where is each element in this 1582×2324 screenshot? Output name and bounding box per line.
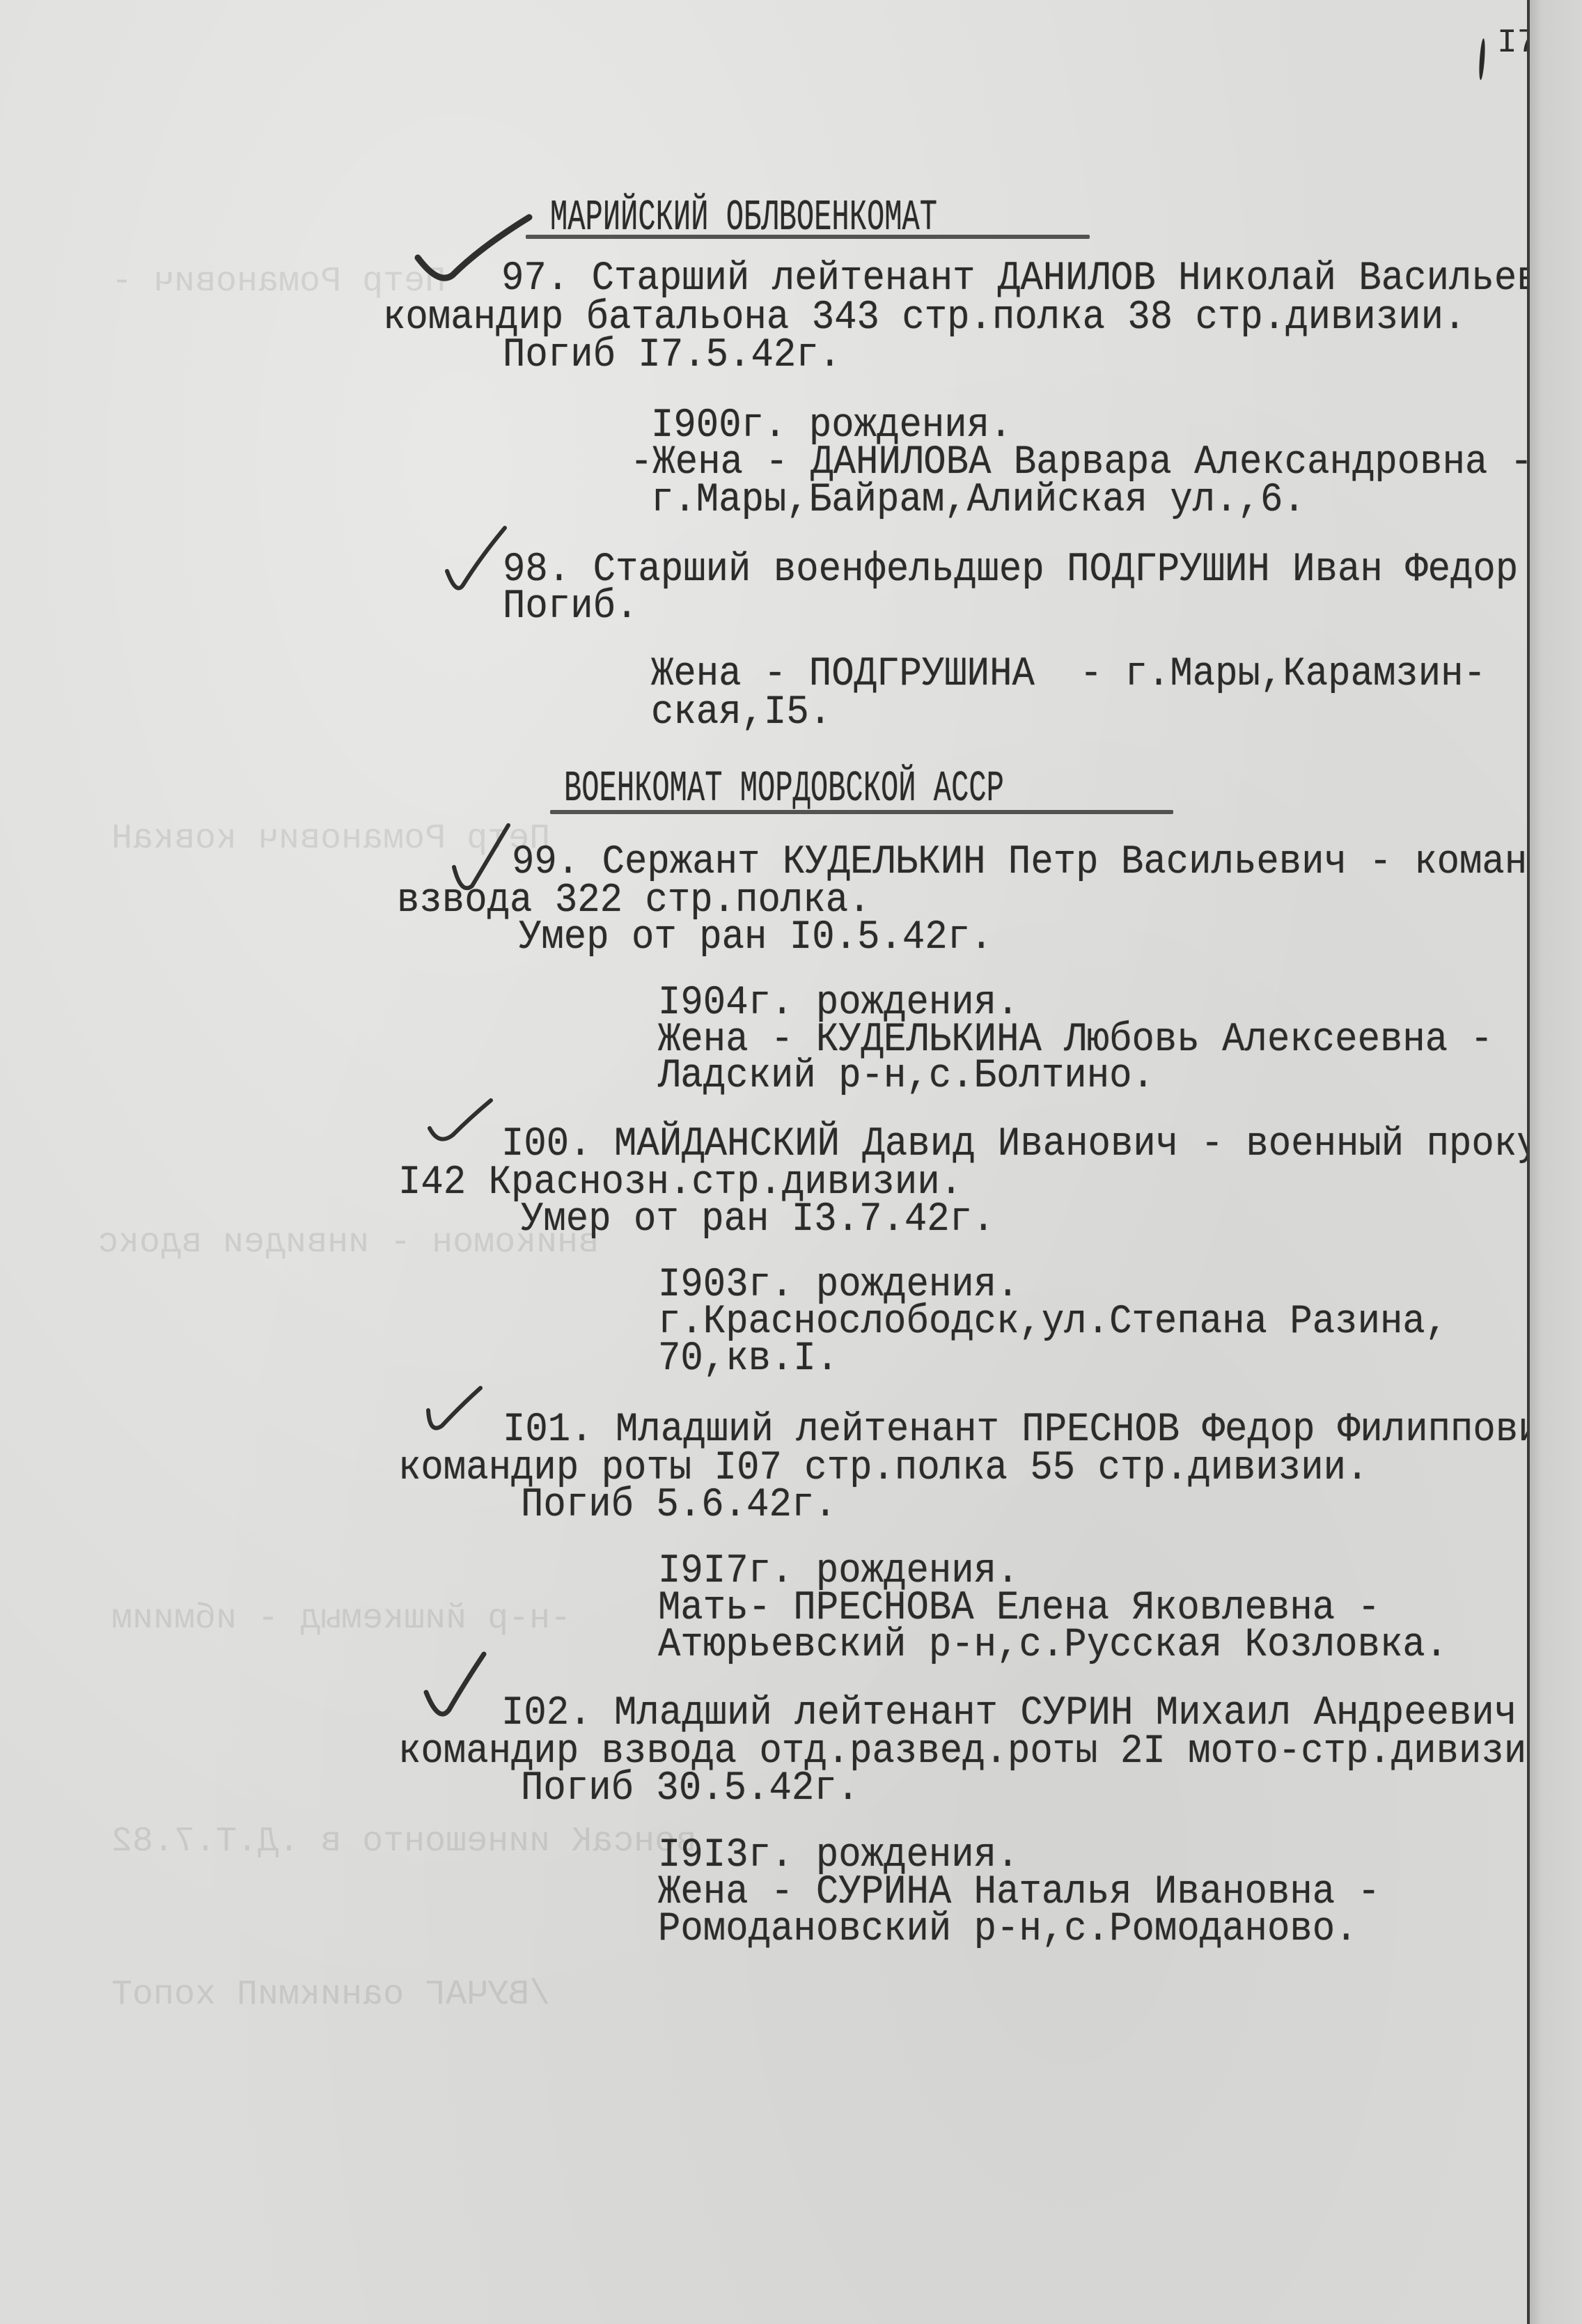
- entry-97-line-3: Погиб I7.5.42г.: [503, 336, 841, 376]
- checkmark-icon: [421, 1097, 498, 1160]
- bleed-through-text: Петр Романович -: [111, 265, 487, 299]
- entry-98-relative: Жена - ПОДГРУШИНА - г.Мары,Карамзин-: [651, 655, 1486, 695]
- entry-97-line-1: 97. Старший лейтенант ДАНИЛОВ Николай Ва…: [501, 259, 1528, 299]
- checkmark-icon: [418, 1651, 501, 1727]
- page-number: I7.: [1497, 26, 1528, 60]
- entry-99-line-1: 99. Сержант КУДЕЛЬКИН Петр Васильевич - …: [512, 843, 1527, 883]
- adjacent-page-strip: [1530, 0, 1582, 2324]
- bleed-through-text: -н-р йишкемыд - ибмиим: [111, 1602, 571, 1637]
- page-number-mark: [1478, 38, 1486, 80]
- bleed-through-text: /ВУЧАГ оаникмиП хопоТ: [111, 1978, 550, 2013]
- section-title-mari: МАРИЙСКИЙ ОБЛВОЕНКОМАТ: [550, 197, 937, 240]
- entry-101-line-3: Погиб 5.6.42г.: [521, 1485, 837, 1526]
- entry-102-line-3: Погиб 30.5.42г.: [521, 1769, 859, 1809]
- bleed-through-text: Петр Романович ковкаН: [111, 822, 550, 857]
- document-page: Петр Романович - Петр Романович ковкаН в…: [0, 0, 1528, 2324]
- section-title-mordovia: ВОЕНКОМАТ МОРДОВСКОЙ АССР: [564, 768, 1004, 811]
- section-underline: [550, 810, 1173, 814]
- entry-98-address: ская,I5.: [651, 693, 831, 733]
- entry-100-line-1: I00. МАЙДАНСКИЙ Давид Иванович - военный…: [501, 1125, 1528, 1165]
- entry-100-address-2: 70,кв.I.: [658, 1339, 838, 1380]
- entry-100-line-3: Умер от ран I3.7.42г.: [521, 1200, 995, 1240]
- entry-102-line-1: I02. Младший лейтенант СУРИН Михаил Андр…: [501, 1694, 1517, 1734]
- entry-99-line-3: Умер от ран I0.5.42г.: [519, 918, 993, 958]
- checkmark-icon: [421, 1382, 491, 1438]
- entry-97-address: г.Мары,Байрам,Алийская ул.,6.: [651, 481, 1306, 521]
- entry-101-line-1: I01. Младший лейтенант ПРЕСНОВ Федор Фил…: [503, 1410, 1528, 1451]
- entry-101-address: Атюрьевский р-н,с.Русская Козловка.: [658, 1625, 1448, 1666]
- entry-102-address: Ромодановский р-н,с.Ромоданово.: [658, 1910, 1358, 1950]
- section-underline: [526, 235, 1090, 239]
- bleed-through-text: вонсаК иинешонто в .Д.Т.7.82: [111, 1825, 696, 1859]
- entry-98-line-1: 98. Старший военфельдшер ПОДГРУШИН Иван …: [503, 550, 1518, 591]
- entry-98-line-2: Погиб.: [503, 587, 638, 627]
- entry-99-address: Ладский р-н,с.Болтино.: [658, 1056, 1154, 1097]
